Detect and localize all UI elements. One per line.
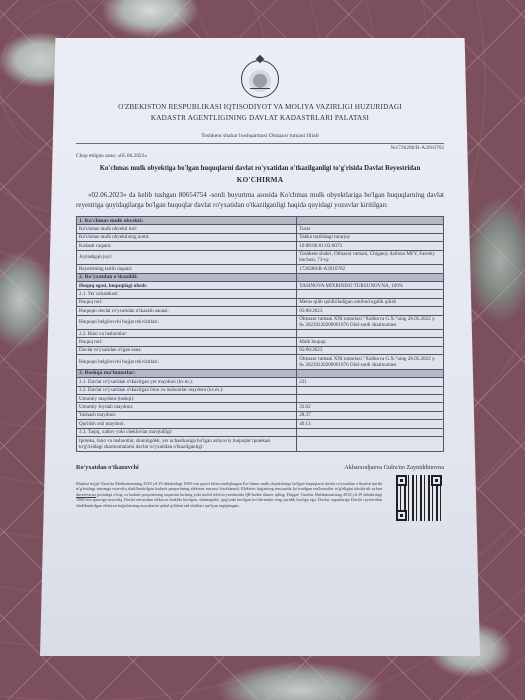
table-row: 2.1. Yer uchastkasi: [77,290,444,298]
row-label: Huquqni belgilovchi hujjat rekvizitlari: [77,355,297,370]
row-label: Kadastr raqami: [77,242,297,250]
row-label: Yashash maydoni: [77,411,297,419]
row-label: 1. Ko'chmas mulk obyekti: [77,217,297,225]
table-section-row: 1. Ko'chmas mulk obyekti: [77,217,444,225]
table-row: Ko'chmas mulk obyekti turi:Turar [77,225,444,233]
table-row: Reyestrning tartib raqami:1726280/R-A391… [77,265,444,273]
qr-finder-icon [396,475,407,486]
row-value [297,369,444,377]
row-label: 2. Ro'yxatdan o'tkazildi: [77,273,297,281]
row-label: 3. Boshqa ma'lumotlar: [77,369,297,377]
footer: Mazkur hujjat Vazirlar Mahkamasining 201… [76,481,444,521]
row-value: YASINOVA MIXRINISO TURSUNOVNA, 100% [297,281,444,289]
row-value: Turar [297,225,444,233]
table-row: Ko'chmas mulk obyektining nomi:Yakka tar… [77,233,444,241]
row-label: 3.3. Taqiq, xatlov yoki cheklovlar mavju… [77,428,297,436]
print-date: Chop etilgan sana: «05.06.2023» [76,153,147,159]
row-label: 2.2. Bino va inshootlar: [77,330,297,338]
row-label: Ko'chmas mulk obyekti turi: [77,225,297,233]
row-label: Ko'chmas mulk obyektining nomi: [77,233,297,241]
row-value [297,290,444,298]
table-section-row: 2. Ro'yxatdan o'tkazildi: [77,273,444,281]
row-label: 3.2. Davlat ro'yxatidan o'tkazilgan bino… [77,386,297,394]
table-row: Qurilish osti maydoni:40.13 [77,420,444,428]
table-row: Ipoteka, bino va inshootlar, shuningdek,… [77,436,444,451]
org-name-line2: KADASTR AGENTLIGINING DAVLAT KADASTRLARI… [76,113,444,124]
row-value: Meros qilib qoldiriladigan umrbod egalik… [297,298,444,306]
row-label: 3.1. Davlat ro'yxatidan o'tkazilgan yer … [77,378,297,386]
row-label: 2.1. Yer uchastkasi: [77,290,297,298]
registry-extract-document: O'ZBEKISTON RESPUBLIKASI IQTISODIYOT VA … [40,38,480,656]
document-title: Ko'chmas mulk obyektiga bo'lgan huquqlar… [76,164,444,173]
table-row: Huquq turi:Mulk huquqi [77,338,444,346]
row-label: Umumiy maydoni (tashqi): [77,395,297,403]
table-row: Umumiy maydoni (tashqi): [77,395,444,403]
table-row: Joylashgan joyi:Toshkent shahri, Olmazor… [77,250,444,265]
table-row: Huquqni davlat ro'yxatidan o'tkazish san… [77,307,444,315]
row-value: Yakka tartibdagi turarjoy [297,233,444,241]
row-value: Olmazor tumani XNI notariusi "Xolikova G… [297,315,444,330]
org-name-line1: O'ZBEKISTON RESPUBLIKASI IQTISODIYOT VA … [76,102,444,113]
row-value: 231 [297,378,444,386]
row-value [297,273,444,281]
row-label: Huquq egasi, huquqdagi ulush: [77,281,297,289]
table-row: Huquq turi:Meros qilib qoldiriladigan um… [77,298,444,306]
registry-table: 1. Ko'chmas mulk obyekti:Ko'chmas mulk o… [76,216,444,452]
row-value [297,436,444,451]
legal-note-text: Mazkur hujjat Vazirlar Mahkamasining 201… [76,481,382,492]
row-label: Ipoteka, bino va inshootlar, shuningdek,… [77,436,297,451]
row-label: Huquq turi: [77,298,297,306]
table-row: Umumiy foydali maydoni:33.02 [77,403,444,411]
table-row: Davlat ro'yxatidan o'tgan sana:05/06/202… [77,346,444,354]
row-value: Olmazor tumani XNI notariusi "Xolikova G… [297,355,444,370]
table-row: Huquqni belgilovchi hujjat rekvizitlari:… [77,315,444,330]
legal-note-text-2: portaliga o'ting va kadastr pasportining… [76,492,382,508]
table-section-row: 3. Boshqa ma'lumotlar: [77,369,444,377]
row-label: Umumiy foydali maydoni: [77,403,297,411]
qr-finder-icon [431,475,442,486]
registrar-role: Ro'yxatdan o'tkazuvchi [76,464,139,471]
row-value: 05/06/2023 [297,307,444,315]
document-subtitle: KO'CHIRMA [76,176,444,184]
intro-paragraph: «02.06.2023» da kelib tushgan 80654754 -… [76,190,444,210]
row-label: Joylashgan joyi: [77,250,297,265]
row-label: Huquqni davlat ro'yxatidan o'tkazish san… [77,307,297,315]
document-number: №1726280/R-A3916762 [390,145,444,159]
table-row: Huquqni belgilovchi hujjat rekvizitlari:… [77,355,444,370]
row-value [297,217,444,225]
row-value: Mulk huquqi [297,338,444,346]
table-row: 3.1. Davlat ro'yxatidan o'tkazilgan yer … [77,378,444,386]
table-row: 3.3. Taqiq, xatlov yoki cheklovlar mavju… [77,428,444,436]
row-value [297,386,444,394]
row-label: Reyestrning tartib raqami: [77,265,297,273]
row-label: Qurilish osti maydoni: [77,420,297,428]
state-emblem-icon [241,60,279,98]
table-row: 3.2. Davlat ro'yxatidan o'tkazilgan bino… [77,386,444,394]
row-label: Huquqni belgilovchi hujjat rekvizitlari: [77,315,297,330]
row-value: 05/06/2023 [297,346,444,354]
qr-finder-icon [396,510,407,521]
registrar-name: Akbarxodjaeva Gulra'no Zayniddinovna [344,464,444,471]
row-label: Davlat ro'yxatidan o'tgan sana: [77,346,297,354]
branch-name: Toshkent shahar boshqarmasi Olmazor tuma… [76,133,444,144]
row-value [297,395,444,403]
qr-code-icon [396,475,442,521]
verification-link[interactable]: davreestr.uz [76,492,96,497]
row-value: 10:08:06:01:03:6073 [297,242,444,250]
legal-note: Mazkur hujjat Vazirlar Mahkamasining 201… [76,481,382,509]
row-value: 40.13 [297,420,444,428]
table-row: 2.2. Bino va inshootlar: [77,330,444,338]
row-label: Huquq turi: [77,338,297,346]
row-value: 28.37 [297,411,444,419]
table-row: Huquq egasi, huquqdagi ulush:YASINOVA MI… [77,281,444,289]
row-value [297,428,444,436]
row-value: 33.02 [297,403,444,411]
signature-block: Ro'yxatdan o'tkazuvchi Akbarxodjaeva Gul… [76,464,444,471]
row-value [297,330,444,338]
table-row: Kadastr raqami:10:08:06:01:03:6073 [77,242,444,250]
table-row: Yashash maydoni:28.37 [77,411,444,419]
meta-row: Chop etilgan sana: «05.06.2023» №1726280… [76,146,444,159]
row-value: Toshkent shahri, Olmazor tumani, Chigato… [297,250,444,265]
row-value: 1726280/R-A3916762 [297,265,444,273]
